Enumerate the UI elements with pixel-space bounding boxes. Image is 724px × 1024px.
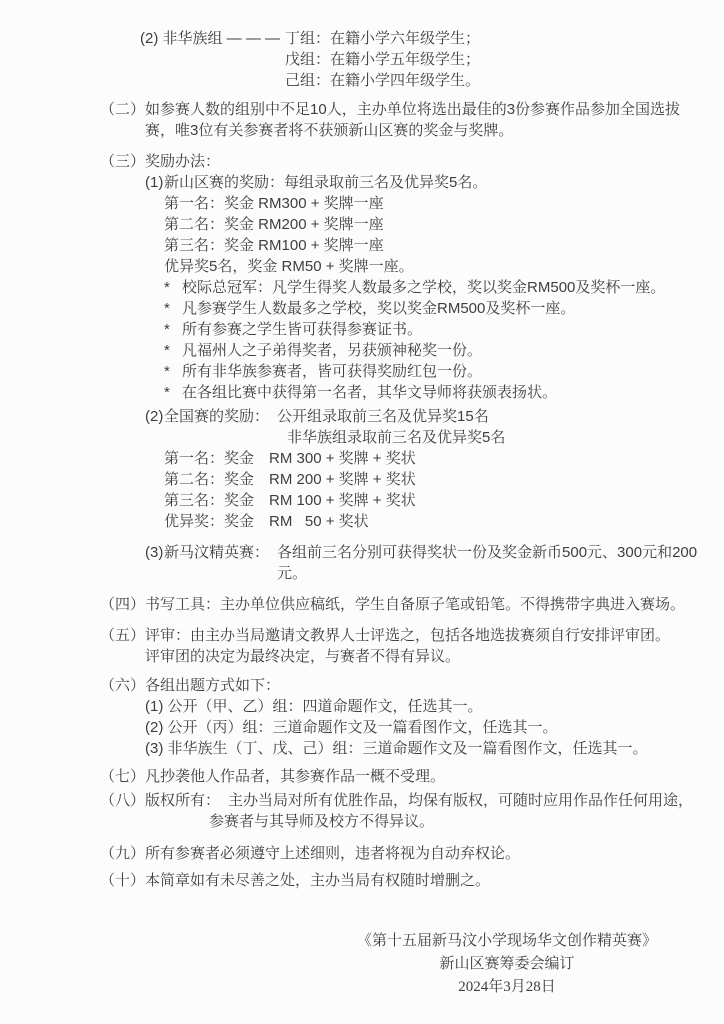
competition-rules-page: (2) 非华族组 — — — 丁组：在籍小学六年级学生； 戊组：在籍小学五年级学…	[0, 0, 724, 1024]
copyright-text-line: 主办当局对所有优胜作品，均保有版权，可随时应用作品作任何用途，	[228, 790, 693, 811]
clause-marker: （四）	[100, 594, 145, 615]
prize-line: 优异奖5名，奖金 RM50 + 奖牌一座。	[164, 256, 662, 277]
group-definition-block: (2) 非华族组 — — — 丁组：在籍小学六年级学生； 戊组：在籍小学五年级学…	[140, 28, 662, 91]
prize-line: 优异奖：奖金 RM 50 + 奖状	[164, 511, 662, 532]
copyright-text-line: 参赛者与其导师及校方不得异议。	[209, 811, 662, 832]
clause-5: （五） 评审：由主办当局邀请文教界人士评选之，包括各地选拔赛须自行安排评审团。 …	[100, 625, 662, 667]
subclause-marker: (1)	[145, 172, 164, 193]
clause-8: （八） 版权所有： 主办当局对所有优胜作品，均保有版权，可随时应用作品作任何用途…	[100, 790, 662, 832]
note-line: * 凡参赛学生人数最多之学校，奖以奖金RM500及奖杯一座。	[164, 298, 662, 319]
subclause-3: (3) 新马汶精英赛： 各组前三名分别可获得奖状一份及奖金新币500元、300元…	[145, 542, 662, 584]
award-scope-label: 全国赛的奖励：	[164, 406, 269, 448]
clause-text: 本简章如有未尽善之处，主办当局有权随时增删之。	[145, 870, 662, 891]
subclause-marker: (3)	[145, 542, 164, 584]
note-line: * 凡福州人之子弟得奖者，另获颁神秘奖一份。	[164, 340, 662, 361]
asterisk-bullet: *	[164, 340, 182, 361]
note-text: 在各组比赛中获得第一名者，其华文导师将获颁表扬状。	[182, 382, 662, 403]
prize-line: 第二名：奖金 RM 200 + 奖牌 + 奖状	[164, 469, 662, 490]
clause-body: 评审：由主办当局邀请文教界人士评选之，包括各地选拔赛须自行安排评审团。 评审团的…	[145, 625, 662, 667]
copyright-label: 版权所有：	[145, 790, 220, 811]
subclause-2: (2) 全国赛的奖励： 公开组录取前三名及优异奖15名 非华族组录取前三名及优异…	[145, 406, 662, 532]
group-label: (2) 非华族组 — — —	[140, 28, 285, 91]
note-line: * 所有参赛之学生皆可获得参赛证书。	[164, 319, 662, 340]
clause-marker: （二）	[100, 99, 145, 141]
clause-marker: （九）	[100, 843, 145, 864]
asterisk-bullet: *	[164, 277, 182, 298]
prize-line: 第一名：奖金 RM300 + 奖牌一座	[164, 193, 662, 214]
elite-text: 各组前三名分别可获得奖状一份及奖金新币500元、300元和200 元。	[277, 542, 697, 584]
clause-title: 各组出题方式如下：	[145, 675, 662, 696]
clause-7: （七） 凡抄袭他人作品者，其参赛作品一概不受理。	[100, 766, 662, 787]
subclause-title: 新山区赛的奖励：每组录取前三名及优异奖5名。	[164, 172, 662, 193]
scope-line: 公开组录取前三名及优异奖15名	[277, 406, 505, 427]
clause-text-line: 评审：由主办当局邀请文教界人士评选之，包括各地选拔赛须自行安排评审团。	[145, 625, 662, 646]
group-item: 己组：在籍小学四年级学生。	[285, 70, 662, 91]
elite-text-line: 元。	[277, 563, 697, 584]
clause-body: 奖励办法： (1) 新山区赛的奖励：每组录取前三名及优异奖5名。 第一名：奖金 …	[145, 151, 662, 584]
asterisk-bullet: *	[164, 361, 182, 382]
clause-text: 凡抄袭他人作品者，其参赛作品一概不受理。	[145, 766, 662, 787]
note-text: 校际总冠军：凡学生得奖人数最多之学校，奖以奖金RM500及奖杯一座。	[182, 277, 662, 298]
group-item: 戊组：在籍小学五年级学生；	[285, 49, 662, 70]
elite-text-line: 各组前三名分别可获得奖状一份及奖金新币500元、300元和200	[277, 542, 697, 563]
prize-line: 第一名：奖金 RM 300 + 奖牌 + 奖状	[164, 448, 662, 469]
note-line: * 校际总冠军：凡学生得奖人数最多之学校，奖以奖金RM500及奖杯一座。	[164, 277, 662, 298]
asterisk-bullet: *	[164, 382, 182, 403]
clause-6: （六） 各组出题方式如下： (1) 公开（甲、乙）组：四道命题作文，任选其一。 …	[100, 675, 662, 759]
note-line: * 在各组比赛中获得第一名者，其华文导师将获颁表扬状。	[164, 382, 662, 403]
clause-3: （三） 奖励办法： (1) 新山区赛的奖励：每组录取前三名及优异奖5名。 第一名…	[100, 151, 662, 584]
subclause-body: 新马汶精英赛： 各组前三名分别可获得奖状一份及奖金新币500元、300元和200…	[164, 542, 662, 584]
clause-title: 奖励办法：	[145, 151, 662, 172]
prize-line: 第三名：奖金 RM100 + 奖牌一座	[164, 235, 662, 256]
elite-label: 新马汶精英赛：	[164, 542, 269, 584]
clause-marker: （八）	[100, 790, 145, 832]
clause-text: 所有参赛者必须遵守上述细则，违者将视为自动弃权论。	[145, 843, 662, 864]
scope-line: 非华族组录取前三名及优异奖5名	[287, 427, 505, 448]
clause-body: 如参赛人数的组别中不足10人，主办单位将选出最佳的3份参赛作品参加全国选拔 赛，…	[145, 99, 662, 141]
note-text: 所有参赛之学生皆可获得参赛证书。	[182, 319, 662, 340]
signature-block: 《第十五届新马汶小学现场华文创作精英赛》 新山区赛筹委会编订 2024年3月28…	[352, 930, 662, 999]
note-line: * 所有非华族参赛者，皆可获得奖励红包一份。	[164, 361, 662, 382]
note-text: 凡福州人之子弟得奖者，另获颁神秘奖一份。	[182, 340, 662, 361]
clause-10: （十） 本简章如有未尽善之处，主办当局有权随时增删之。	[100, 870, 662, 891]
clause-body: 各组出题方式如下： (1) 公开（甲、乙）组：四道命题作文，任选其一。 (2) …	[145, 675, 662, 759]
clause-2: （二） 如参赛人数的组别中不足10人，主办单位将选出最佳的3份参赛作品参加全国选…	[100, 99, 662, 141]
group-items: 丁组：在籍小学六年级学生； 戊组：在籍小学五年级学生； 己组：在籍小学四年级学生…	[285, 28, 662, 91]
clause-text-line: 如参赛人数的组别中不足10人，主办单位将选出最佳的3份参赛作品参加全国选拔	[145, 99, 662, 120]
clause-marker: （五）	[100, 625, 145, 667]
subclause-body: 全国赛的奖励： 公开组录取前三名及优异奖15名 非华族组录取前三名及优异奖5名 …	[164, 406, 662, 532]
note-text: 凡参赛学生人数最多之学校，奖以奖金RM500及奖杯一座。	[182, 298, 662, 319]
organizer: 新山区赛筹委会编订	[352, 953, 662, 976]
award-scope: 全国赛的奖励： 公开组录取前三名及优异奖15名 非华族组录取前三名及优异奖5名	[164, 406, 662, 448]
clause-text-line: 评审团的决定为最终决定，与赛者不得有异议。	[145, 646, 662, 667]
clause-4: （四） 书写工具：主办单位供应稿纸，学生自备原子笔或铅笔。不得携带字典进入赛场。	[100, 594, 662, 615]
date: 2024年3月28日	[352, 976, 662, 999]
clause-text: 书写工具：主办单位供应稿纸，学生自备原子笔或铅笔。不得携带字典进入赛场。	[145, 594, 662, 615]
topic-option: (1) 公开（甲、乙）组：四道命题作文，任选其一。	[145, 696, 662, 717]
competition-title: 《第十五届新马汶小学现场华文创作精英赛》	[352, 930, 662, 953]
topic-option: (3) 非华族生（丁、戊、己）组：三道命题作文及一篇看图作文，任选其一。	[145, 738, 662, 759]
clause-text-line: 赛，唯3位有关参赛者将不获颁新山区赛的奖金与奖牌。	[145, 120, 662, 141]
group-item: 丁组：在籍小学六年级学生；	[285, 28, 662, 49]
clause-marker: （十）	[100, 870, 145, 891]
subclause-marker: (2)	[145, 406, 164, 532]
note-text: 所有非华族参赛者，皆可获得奖励红包一份。	[182, 361, 662, 382]
clause-marker: （六）	[100, 675, 145, 759]
clause-marker: （七）	[100, 766, 145, 787]
clause-body: 版权所有： 主办当局对所有优胜作品，均保有版权，可随时应用作品作任何用途， 参赛…	[145, 790, 662, 832]
asterisk-bullet: *	[164, 319, 182, 340]
prize-line: 第三名：奖金 RM 100 + 奖牌 + 奖状	[164, 490, 662, 511]
prize-line: 第二名：奖金 RM200 + 奖牌一座	[164, 214, 662, 235]
clause-9: （九） 所有参赛者必须遵守上述细则，违者将视为自动弃权论。	[100, 843, 662, 864]
copyright-row: 版权所有： 主办当局对所有优胜作品，均保有版权，可随时应用作品作任何用途，	[145, 790, 662, 811]
award-scope-lines: 公开组录取前三名及优异奖15名 非华族组录取前三名及优异奖5名	[277, 406, 505, 448]
topic-option: (2) 公开（丙）组：三道命题作文及一篇看图作文，任选其一。	[145, 717, 662, 738]
subclause-1: (1) 新山区赛的奖励：每组录取前三名及优异奖5名。	[145, 172, 662, 193]
asterisk-bullet: *	[164, 298, 182, 319]
clause-marker: （三）	[100, 151, 145, 584]
